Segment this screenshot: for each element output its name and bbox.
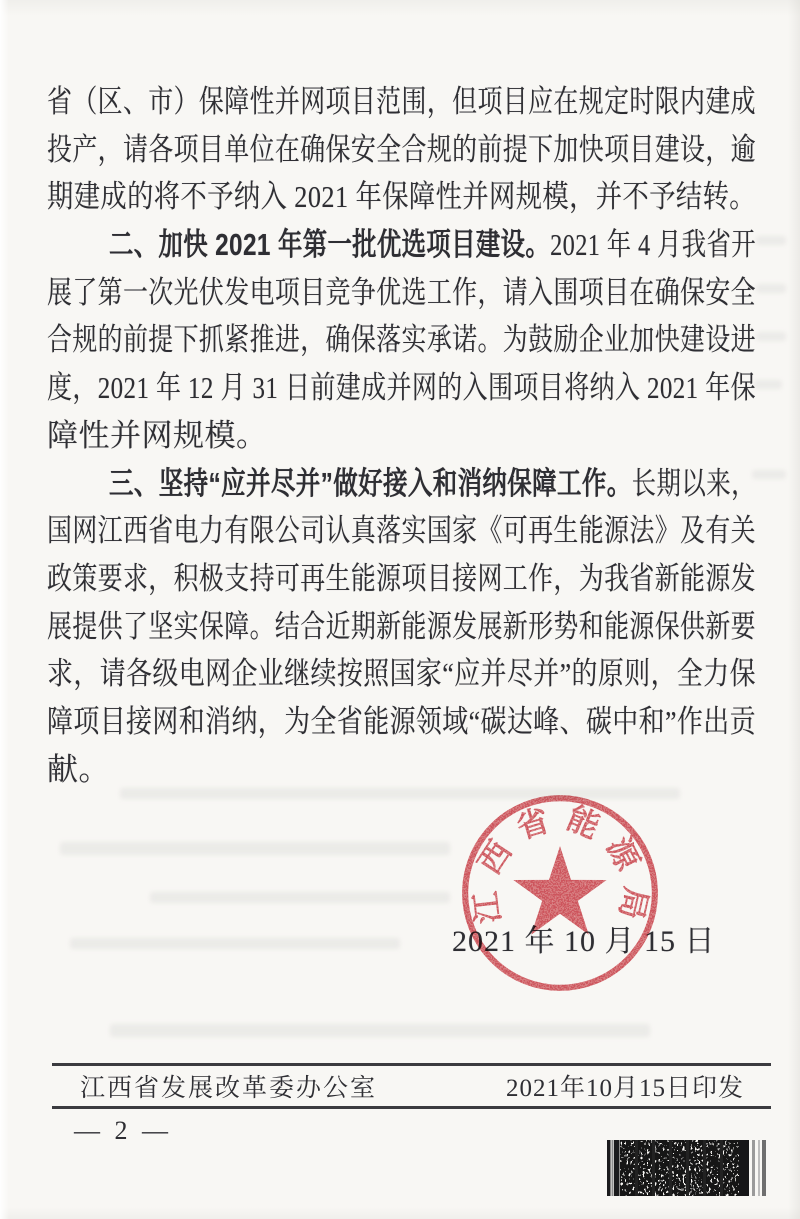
body-text-segment: 障项目接网和消纳，为全省能源领域“碳达峰、碳中和”作出贡 xyxy=(47,704,756,739)
body-line: 投产，请各项目单位在确保安全合规的前提下加快项目建设，逾 xyxy=(47,126,756,174)
page-number: — 2 — xyxy=(74,1116,172,1146)
body-line: 求，请各级电网企业继续按照国家“应并尽并”的原则，全力保 xyxy=(47,650,756,698)
body-text-segment: 政策要求，积极支持可再生能源项目接网工作，为我省新能源发 xyxy=(47,561,756,596)
body-line: 展提供了坚实保障。结合近期新能源发展新形势和能源保供新要 xyxy=(47,603,756,651)
body-line: 政策要求，积极支持可再生能源项目接网工作，为我省新能源发 xyxy=(47,555,756,603)
bleed-through-mark xyxy=(752,470,786,479)
body-line: 三、坚持“应并尽并”做好接入和消纳保障工作。长期以来， xyxy=(47,460,756,508)
signature-date: 2021 年 10 月 15 日 xyxy=(452,916,716,960)
body-line: 合规的前提下抓紧推进，确保落实承诺。为鼓励企业加快建设进 xyxy=(47,316,756,364)
body-text-segment: 2021 年 4 月我省开 xyxy=(550,227,756,262)
body-line: 省（区、市）保障性并网项目范围，但项目应在规定时限内建成 xyxy=(47,78,756,126)
body-line: 度，2021 年 12 月 31 日前建成并网的入围项目将纳入 2021 年保 xyxy=(47,364,756,412)
body-line: 二、加快 2021 年第一批优选项目建设。2021 年 4 月我省开 xyxy=(47,221,756,269)
seal-text: 江西省能源局 xyxy=(467,799,654,934)
bleed-through-mark xyxy=(70,938,400,949)
body-line: 展了第一次光伏发电项目竞争优选工作，请入围项目在确保安全 xyxy=(47,269,756,317)
bleed-through-mark xyxy=(756,332,786,341)
bleed-through-mark xyxy=(756,236,786,245)
body-line: 国网江西省电力有限公司认真落实国家《可再生能源法》及有关 xyxy=(47,507,756,555)
body-line: 期建成的将不予纳入 2021 年保障性并网规模，并不予结转。 xyxy=(47,173,756,221)
body-line: 献。 xyxy=(47,746,756,794)
body-text-segment: 省（区、市）保障性并网项目范围，但项目应在规定时限内建成 xyxy=(47,84,756,119)
footer-print-date: 2021年10月15日印发 xyxy=(506,1068,744,1104)
body-text-segment: 长期以来， xyxy=(632,466,756,501)
bleed-through-mark xyxy=(60,842,450,855)
body-text-segment: 投产，请各项目单位在确保安全合规的前提下加快项目建设，逾 xyxy=(47,132,756,167)
body-text-segment: 合规的前提下抓紧推进，确保落实承诺。为鼓励企业加快建设进 xyxy=(47,322,756,357)
footer-issuer: 江西省发展改革委办公室 xyxy=(80,1068,377,1104)
body-text-segment: 国网江西省电力有限公司认真落实国家《可再生能源法》及有关 xyxy=(47,513,756,548)
footer-row: 江西省发展改革委办公室 2021年10月15日印发 xyxy=(52,1068,771,1104)
official-seal: 江西省能源局 xyxy=(458,791,662,995)
body-text-segment: 期建成的将不予纳入 2021 年保障性并网规模，并不予结转。 xyxy=(47,179,756,214)
bleed-through-mark xyxy=(150,892,450,903)
body-line: 障性并网规模。 xyxy=(47,412,756,460)
body-line: 障项目接网和消纳，为全省能源领域“碳达峰、碳中和”作出贡 xyxy=(47,698,756,746)
bleed-through-mark xyxy=(754,380,782,389)
body-text-segment: 求，请各级电网企业继续按照国家“应并尽并”的原则，全力保 xyxy=(47,656,756,691)
bleed-through-mark xyxy=(110,1024,650,1037)
body-text-segment: 献。 xyxy=(47,752,110,787)
scanned-document-page: 省（区、市）保障性并网项目范围，但项目应在规定时限内建成投产，请各项目单位在确保… xyxy=(0,0,800,1219)
body-heading-segment: 二、加快 2021 年第一批优选项目建设。 xyxy=(109,227,550,262)
body-text-segment: 度，2021 年 12 月 31 日前建成并网的入围项目将纳入 2021 年保 xyxy=(47,370,756,405)
footer-divider-top xyxy=(52,1063,771,1066)
body-heading-segment: 三、坚持“应并尽并”做好接入和消纳保障工作。 xyxy=(109,466,632,501)
body-text-segment: 障性并网规模。 xyxy=(47,418,268,453)
body-text-segment: 展提供了坚实保障。结合近期新能源发展新形势和能源保供新要 xyxy=(47,609,756,644)
body-text-segment: 展了第一次光伏发电项目竞争优选工作，请入围项目在确保安全 xyxy=(47,275,756,310)
barcode-image xyxy=(607,1140,769,1196)
footer-divider-bottom xyxy=(52,1106,771,1109)
bleed-through-mark xyxy=(756,284,786,293)
document-body: 省（区、市）保障性并网项目范围，但项目应在规定时限内建成投产，请各项目单位在确保… xyxy=(47,78,756,793)
